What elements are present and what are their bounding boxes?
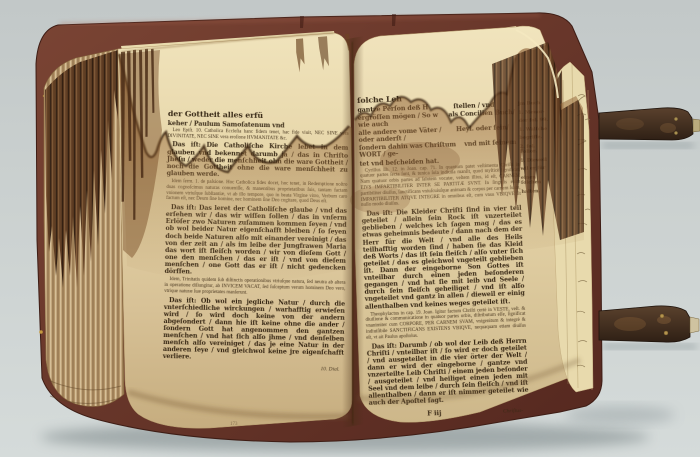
left-page-number: 173 [230,422,238,427]
book-structure [0,0,700,457]
worn-gilt-spot [39,330,43,334]
leather-clasp-strap-top [599,108,700,140]
printed-paragraph: Das iſt: Darumb / ob wol der Leib deß He… [366,337,528,407]
brass-clasp-hook [693,119,700,132]
margin-note: 1. Meuor- [518,109,550,116]
printed-paragraph: Leo Epiſt. 10. Catholica Eccleſia hanc f… [167,128,348,143]
brass-rivet [674,131,677,134]
margin-note: einen ſolchen [521,174,553,186]
printed-paragraph: Das iſt: Die Kleider Chriſti ſind in vie… [361,205,525,311]
margin-note: halten. [521,188,553,195]
brass-rivet [664,331,668,335]
printed-paragraph: Das iſt: Die Catholiſche Kirche lebet in… [167,141,349,180]
leather-clasp-strap-bottom [599,306,699,342]
margin-note: 1. Dieweil [520,157,552,164]
brass-rivet [660,314,664,318]
printed-paragraph: Idem ſerm. 1. de paſsione. Hoc Catholica… [166,179,347,206]
printed-paragraph: Cyrillus lib. 12. in Joan. cap. 71. In q… [360,162,521,209]
margin-note: begriffe. [519,135,551,142]
photo-burned-book: der Gottheit alles erfü keher / Paulum S… [0,0,700,457]
margin-note: 1. Wälſche [519,126,551,133]
brass-clasp-hook [690,317,699,333]
printed-paragraph: Idem, Trinitatis quidem ſub diſtinctis o… [164,277,345,298]
printed-paragraph: Das iſt: Ob wol ein jegliche Natur / dur… [163,297,345,365]
catchword: Chriſtus- [503,407,523,414]
printed-paragraph: Das iſt: Das leret der Catholiſche glaub… [165,204,347,279]
margin-note: wil er für [521,166,553,173]
margin-notes: jm Buch 1. Meuor- der fol. 99. 1. Wälſch… [518,101,554,198]
brass-rivet [674,117,677,120]
margin-note: jm Buch [518,101,550,108]
margin-note: der fol. 99. [519,118,551,125]
left-page-text: der Gottheit alles erfü keher / Paulum S… [163,110,349,373]
page-edge-stack [44,49,124,406]
right-page-number: 176 [430,411,438,416]
right-page-text: ſolche Leh gantze Perſon deß H ſtellen /… [357,91,529,419]
margin-note: 2. fol. Folior. [520,143,552,155]
printed-paragraph: Theophylactus in cap. 19. Joan. Igitur f… [365,306,526,341]
